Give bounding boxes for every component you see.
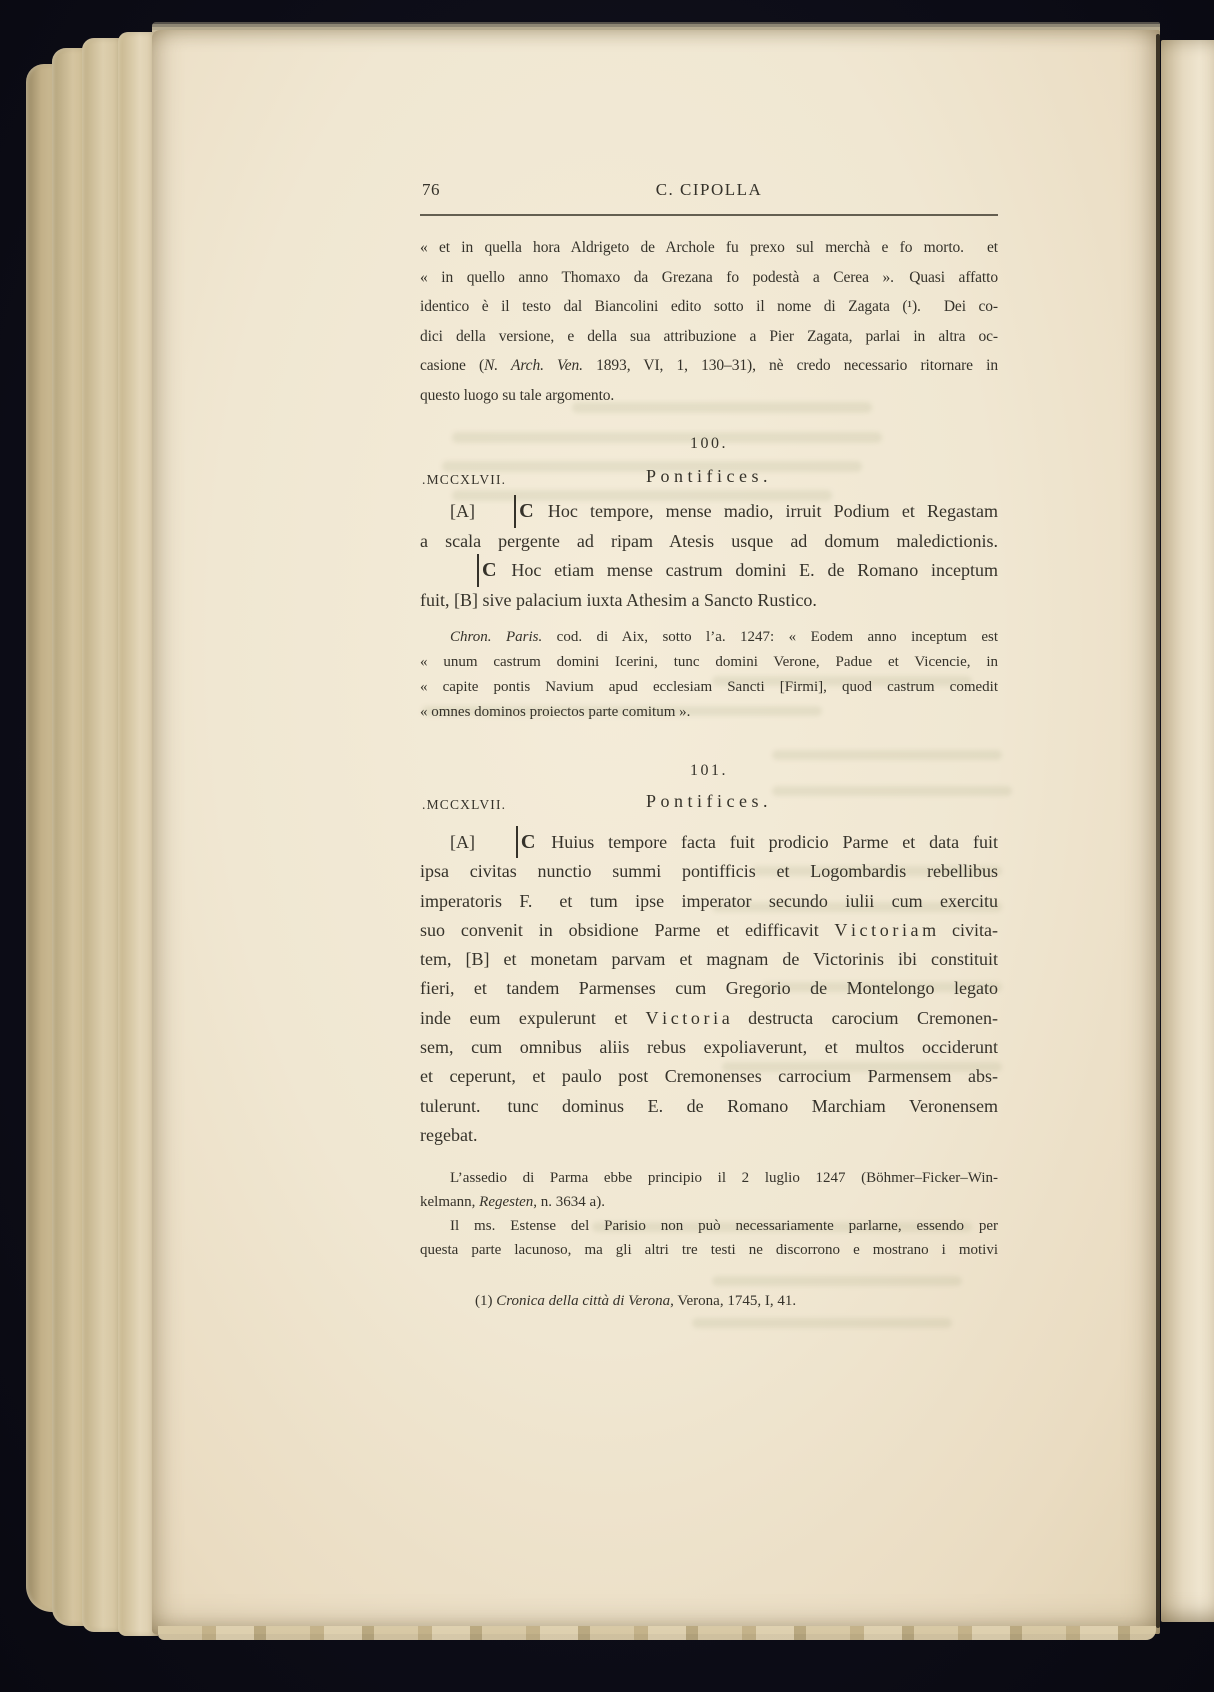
text-line: [A] C Hoc tempore, mense madio, irruit P… bbox=[420, 497, 998, 527]
header-rule bbox=[420, 214, 998, 216]
text-line: (1) Cronica della città di Verona, Veron… bbox=[420, 1291, 998, 1311]
text-line: [A] C Huius tempore facta fuit prodicio … bbox=[420, 828, 998, 857]
section-101-paragraph: [A] C Huius tempore facta fuit prodicio … bbox=[420, 828, 998, 1150]
section-number-101: 101. bbox=[420, 761, 998, 781]
section-heading-101: .MCCXLVII. Pontifices. bbox=[420, 790, 998, 814]
show-through-text bbox=[772, 750, 1002, 760]
text-line: « et in quella hora Aldrigeto de Archole… bbox=[420, 233, 998, 263]
intro-paragraph: « et in quella hora Aldrigeto de Archole… bbox=[420, 233, 998, 411]
gutter-crease bbox=[1156, 34, 1160, 1628]
text-line: questa parte lacunoso, ma gli altri tre … bbox=[420, 1238, 998, 1262]
text-line: Chron. Paris. cod. di Aix, sotto l’a. 12… bbox=[420, 625, 998, 650]
text-line: questo luogo su tale argomento. bbox=[420, 381, 998, 411]
facing-page-sliver bbox=[1161, 40, 1214, 1622]
section-100-paragraph-b: C Hoc etiam mense castrum domini E. de R… bbox=[420, 556, 998, 615]
text-line: identico è il testo dal Biancolini edito… bbox=[420, 292, 998, 322]
text-line: sem, cum omnibus aliis rebus expoliaveru… bbox=[420, 1033, 998, 1062]
section-heading-100: .MCCXLVII. Pontifices. bbox=[420, 465, 998, 489]
text-line: « in quello anno Thomaxo da Grezana fo p… bbox=[420, 263, 998, 293]
text-line: et ceperunt, et paulo post Cremonenses c… bbox=[420, 1062, 998, 1091]
text-line: « omnes dominos proiectos parte comitum … bbox=[420, 700, 998, 725]
text-line: casione (N. Arch. Ven. 1893, VI, 1, 130–… bbox=[420, 351, 998, 381]
text-line: L’assedio di Parma ebbe principio il 2 l… bbox=[420, 1166, 998, 1190]
text-line: inde eum expulerunt et V i c t o r i a d… bbox=[420, 1004, 998, 1033]
section-title: Pontifices. bbox=[420, 790, 998, 812]
running-title: C. CIPOLLA bbox=[420, 180, 998, 200]
text-line: C Hoc etiam mense castrum domini E. de R… bbox=[420, 556, 998, 586]
text-line: regebat. bbox=[420, 1121, 998, 1150]
text-line: « capite pontis Navium apud ecclesiam Sa… bbox=[420, 675, 998, 700]
capitulum-mark: C bbox=[450, 556, 499, 586]
section-100-note: Chron. Paris. cod. di Aix, sotto l’a. 12… bbox=[420, 625, 998, 725]
text-line: tem, [B] et monetam parvam et magnam de … bbox=[420, 945, 998, 974]
text-line: fuit, [B] sive palacium iuxta Athesim a … bbox=[420, 586, 998, 616]
text-line: a scala pergente ad ripam Atesis usque a… bbox=[420, 527, 998, 557]
section-title: Pontifices. bbox=[420, 465, 998, 487]
text-line: dici della versione, e della sua attribu… bbox=[420, 322, 998, 352]
text-line: Il ms. Estense del Parisio non può neces… bbox=[420, 1214, 998, 1238]
text-line: kelmann, Regesten, n. 3634 a). bbox=[420, 1190, 998, 1214]
footnote: (1) Cronica della città di Verona, Veron… bbox=[420, 1291, 998, 1311]
text-line: « unum castrum domini Icerini, tunc domi… bbox=[420, 650, 998, 675]
running-header: 76 C. CIPOLLA bbox=[420, 180, 998, 202]
section-number-100: 100. bbox=[420, 434, 998, 454]
show-through-text bbox=[692, 1318, 952, 1328]
text-line: fieri, et tandem Parmenses cum Gregorio … bbox=[420, 974, 998, 1003]
capitulum-mark: C bbox=[489, 828, 538, 857]
capitulum-mark: C bbox=[487, 497, 536, 527]
text-line: suo convenit in obsidione Parme et ediff… bbox=[420, 916, 998, 945]
text-line: imperatoris F. et tum ipse imperator sec… bbox=[420, 887, 998, 916]
text-line: tulerunt. tunc dominus E. de Romano Marc… bbox=[420, 1092, 998, 1121]
section-101-note: L’assedio di Parma ebbe principio il 2 l… bbox=[420, 1166, 998, 1262]
book-page: 76 C. CIPOLLA « et in quella hora Aldrig… bbox=[152, 30, 1160, 1634]
section-100-paragraph-a: [A] C Hoc tempore, mense madio, irruit P… bbox=[420, 497, 998, 556]
photo-of-book-page: { "page": { "number": "76", "running_tit… bbox=[0, 0, 1214, 1692]
book-left-page-stack bbox=[24, 30, 158, 1642]
deckle-edge bbox=[158, 1626, 1156, 1640]
text-line: ipsa civitas nunctio summi pontifficis e… bbox=[420, 857, 998, 886]
show-through-text bbox=[712, 1276, 962, 1286]
